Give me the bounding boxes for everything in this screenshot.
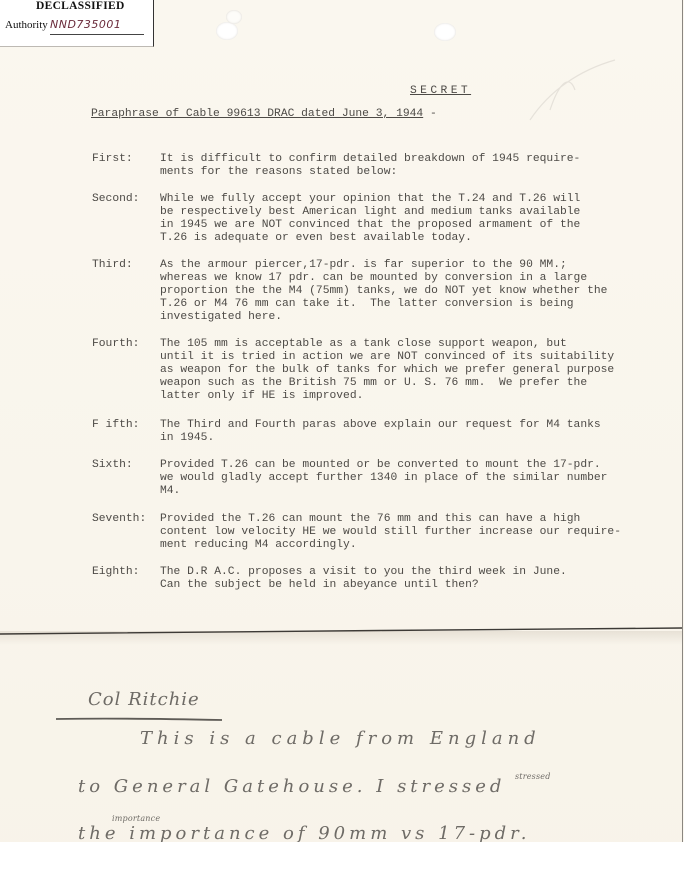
paragraph-body-second: While we fully accept your opinion that … xyxy=(160,193,580,245)
stamp-title: DECLASSIFIED xyxy=(36,0,125,12)
subject-text: Paraphrase of Cable 99613 DRAC dated Jun… xyxy=(91,108,423,120)
classification-heading: SECRET xyxy=(410,85,471,97)
paragraph-label-eighth: Eighth: xyxy=(92,566,139,579)
text-line: It is difficult to confirm detailed brea… xyxy=(160,153,580,166)
text-line: While we fully accept your opinion that … xyxy=(160,193,580,206)
faint-pencil-mark-icon xyxy=(520,50,670,130)
text-line: The D.R A.C. proposes a visit to you the… xyxy=(160,566,567,579)
text-line: The Third and Fourth paras above explain… xyxy=(160,419,601,432)
text-line: in 1945 we are NOT convinced that the pr… xyxy=(160,219,580,232)
document-page: DECLASSIFIED Authority NND735001 SECRET … xyxy=(0,0,683,885)
paragraph-body-sixth: Provided T.26 can be mounted or be conve… xyxy=(160,459,607,498)
paragraph-label-sixth: Sixth: xyxy=(92,459,133,472)
scan-margin xyxy=(0,842,684,885)
paragraph-body-fourth: The 105 mm is acceptable as a tank close… xyxy=(160,338,614,403)
text-line: proportion the the M4 (75mm) tanks, we d… xyxy=(160,285,607,298)
paragraph-body-third: As the armour piercer,17-pdr. is far sup… xyxy=(160,259,607,324)
text-line: The 105 mm is acceptable as a tank close… xyxy=(160,338,614,351)
handwritten-insert-importance: importance xyxy=(112,814,160,823)
paragraph-label-third: Third: xyxy=(92,259,133,272)
handwritten-insert-stressed: stressed xyxy=(515,772,551,781)
stamp-authority-value: NND735001 xyxy=(50,18,144,35)
text-line: ments for the reasons stated below: xyxy=(160,166,580,179)
handwritten-line-2: to General Gatehouse. I stressed xyxy=(78,776,505,797)
text-line: until it is tried in action we are NOT c… xyxy=(160,351,614,364)
paragraph-label-first: First: xyxy=(92,153,133,166)
paragraph-label-fifth: F ifth: xyxy=(92,419,139,432)
paragraph-label-second: Second: xyxy=(92,193,139,206)
text-line: Provided the T.26 can mount the 76 mm an… xyxy=(160,513,621,526)
declassified-stamp: DECLASSIFIED Authority NND735001 xyxy=(0,0,154,47)
text-line: we would gladly accept further 1340 in p… xyxy=(160,472,607,485)
text-line: whereas we know 17 pdr. can be mounted b… xyxy=(160,272,607,285)
text-line: latter only if HE is improved. xyxy=(160,390,614,403)
text-line: in 1945. xyxy=(160,432,601,445)
text-line: Can the subject be held in abeyance unti… xyxy=(160,579,567,592)
salutation-underline-icon xyxy=(54,716,224,722)
paragraph-body-eighth: The D.R A.C. proposes a visit to you the… xyxy=(160,566,567,592)
text-line: ment reducing M4 accordingly. xyxy=(160,539,621,552)
text-line: As the armour piercer,17-pdr. is far sup… xyxy=(160,259,607,272)
fold-line-icon xyxy=(0,626,682,638)
paragraph-label-seventh: Seventh: xyxy=(92,513,146,526)
hole-punch-icon xyxy=(226,10,242,24)
text-line: be respectively best American light and … xyxy=(160,206,580,219)
handwritten-salutation: Col Ritchie xyxy=(88,689,200,710)
paragraph-label-fourth: Fourth: xyxy=(92,338,139,351)
text-line: M4. xyxy=(160,485,607,498)
handwritten-line-1: This is a cable from England xyxy=(140,728,541,749)
stamp-authority-label: Authority xyxy=(5,19,48,31)
page-fold-line xyxy=(0,626,682,638)
text-line: as weapon for the bulk of tanks for whic… xyxy=(160,364,614,377)
subject-suffix: - xyxy=(423,108,437,120)
text-line: weapon such as the British 75 mm or U. S… xyxy=(160,377,614,390)
paragraph-body-first: It is difficult to confirm detailed brea… xyxy=(160,153,580,179)
paragraph-body-seventh: Provided the T.26 can mount the 76 mm an… xyxy=(160,513,621,552)
hole-punch-icon xyxy=(434,23,456,41)
text-line: content low velocity HE we would still f… xyxy=(160,526,621,539)
text-line: T.26 is adequate or even best available … xyxy=(160,232,580,245)
text-line: Provided T.26 can be mounted or be conve… xyxy=(160,459,607,472)
hole-punch-icon xyxy=(216,22,238,40)
text-line: investigated here. xyxy=(160,311,607,324)
handwritten-line-3: the importance of 90mm vs 17-pdr. xyxy=(78,823,531,842)
paragraph-body-fifth: The Third and Fourth paras above explain… xyxy=(160,419,601,445)
text-line: T.26 or M4 76 mm can take it. The latter… xyxy=(160,298,607,311)
document-subject: Paraphrase of Cable 99613 DRAC dated Jun… xyxy=(91,108,437,120)
